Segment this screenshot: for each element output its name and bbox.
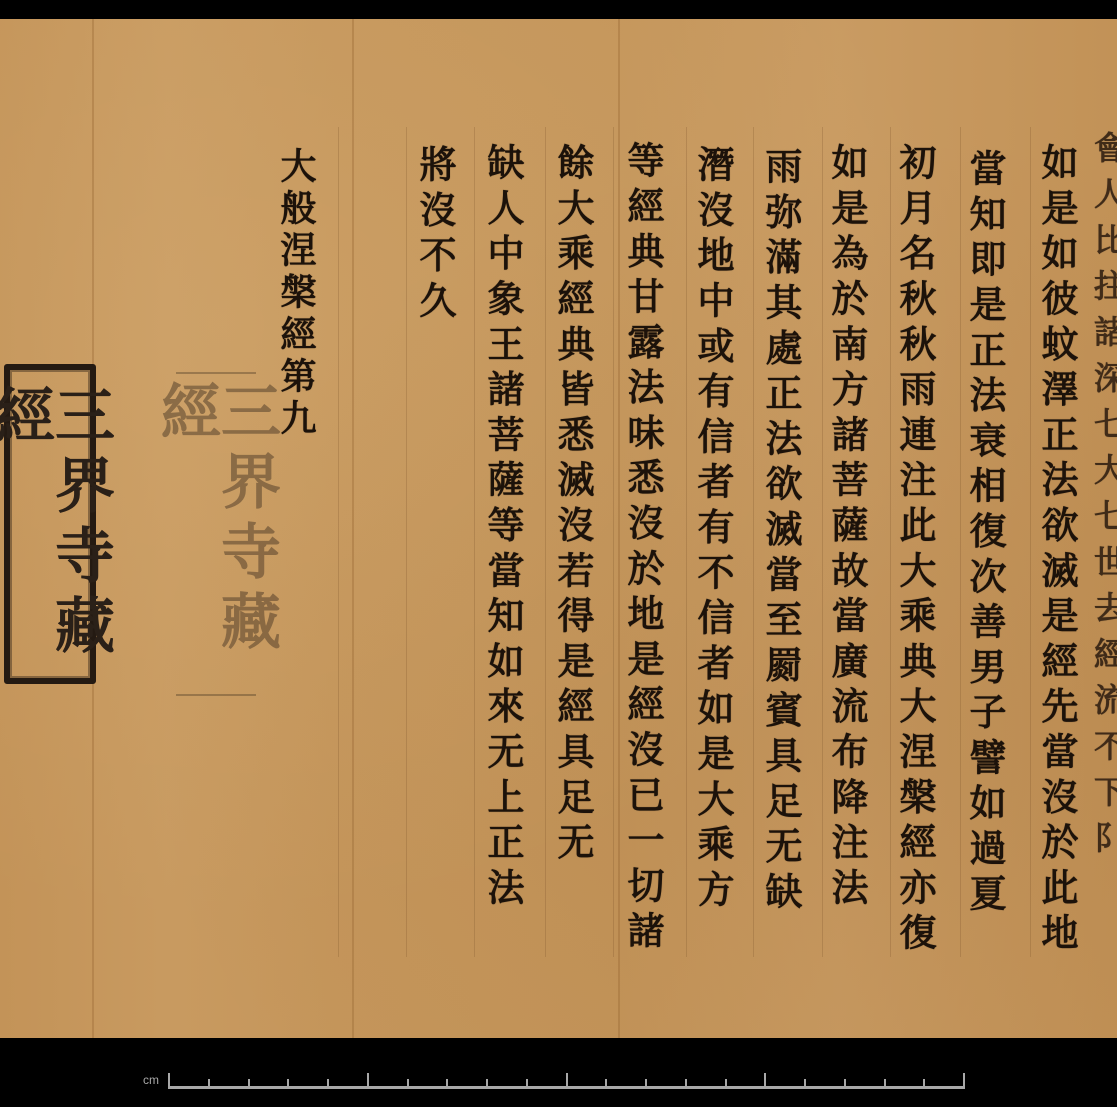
paper-seam [618, 19, 620, 1038]
column-rule [686, 127, 687, 957]
seal-ghost-impression: 三界寺藏經 [176, 372, 256, 696]
text-column: 餘大乘經典皆悉滅沒若得是經具足无 [554, 143, 591, 868]
scale-minor-tick [685, 1079, 687, 1089]
scale-minor-tick [605, 1079, 607, 1089]
scale-bar: cm [140, 1066, 980, 1090]
column-rule [1030, 127, 1031, 957]
seal-ghost-text: 三界寺藏經 [156, 380, 276, 694]
scale-minor-tick [844, 1079, 846, 1089]
scale-unit-label: cm [143, 1073, 159, 1087]
scale-minor-tick [287, 1079, 289, 1089]
scale-major-tick [168, 1073, 170, 1089]
text-column: 將沒不久 [416, 145, 453, 326]
text-column: 潛沒地中或有信者有不信者如是大乘方 [694, 145, 731, 915]
scale-minor-tick [327, 1079, 329, 1089]
manuscript-paper: 會人比拄諸深七大七世去經流不下阝 如是如彼蚊澤正法欲滅是經先當沒於此地 當知即是… [0, 19, 1117, 1038]
scale-minor-tick [407, 1079, 409, 1089]
text-column: 等經典甘露法味悉沒於地是經沒已一切諸 [624, 141, 661, 956]
column-rule [338, 127, 339, 957]
text-column: 雨弥滿其處正法欲滅當至罽賓具足无缺 [762, 147, 799, 917]
sutra-title: 大般涅槃經第九 [278, 147, 314, 441]
text-column: 初月名秋秋雨連注此大乘典大涅槃經亦復 [896, 143, 933, 958]
text-column: 如是為於南方諸菩薩故當廣流布降注法 [828, 143, 865, 913]
scale-major-tick [764, 1073, 766, 1089]
scale-major-tick [367, 1073, 369, 1089]
text-column: 當知即是正法衰相復次善男子譬如過夏 [966, 149, 1003, 919]
scale-minor-tick [446, 1079, 448, 1089]
text-column: 如是如彼蚊澤正法欲滅是經先當沒於此地 [1038, 143, 1075, 958]
column-rule [890, 127, 891, 957]
scale-minor-tick [486, 1079, 488, 1089]
text-column: 缺人中象王諸菩薩等當知如來无上正法 [484, 143, 521, 913]
seal-text: 三界寺藏經 [0, 384, 110, 678]
column-rule [406, 127, 407, 957]
scale-minor-tick [248, 1079, 250, 1089]
column-rule [545, 127, 546, 957]
scale-major-tick [566, 1073, 568, 1089]
scale-minor-tick [725, 1079, 727, 1089]
column-rule [613, 127, 614, 957]
paper-seam [352, 19, 354, 1038]
scale-minor-tick [208, 1079, 210, 1089]
scale-minor-tick [645, 1079, 647, 1089]
scale-minor-tick [884, 1079, 886, 1089]
column-rule [822, 127, 823, 957]
column-rule [474, 127, 475, 957]
scale-minor-tick [526, 1079, 528, 1089]
column-rule [960, 127, 961, 957]
monastery-seal: 三界寺藏經 [4, 364, 96, 684]
scale-minor-tick [804, 1079, 806, 1089]
scale-minor-tick [923, 1079, 925, 1089]
scale-major-tick [963, 1073, 965, 1089]
column-rule [753, 127, 754, 957]
text-column-partial: 會人比拄諸深七大七世去經流不下阝 [1092, 131, 1117, 867]
